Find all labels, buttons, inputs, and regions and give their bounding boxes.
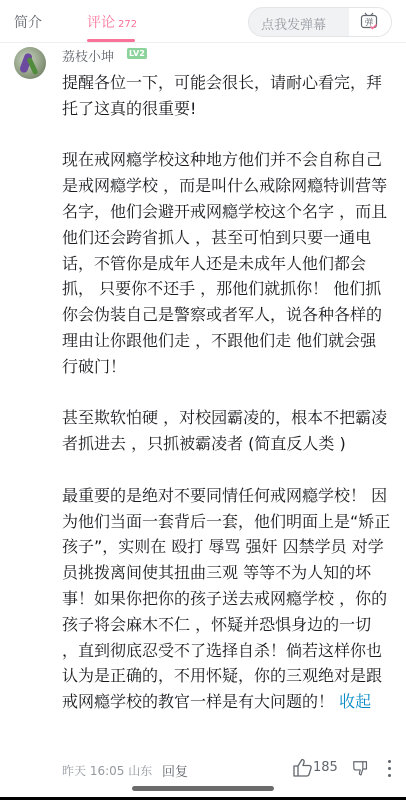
avatar[interactable] — [14, 47, 46, 79]
svg-text:弹: 弹 — [365, 17, 374, 28]
level-badge: LV2 — [127, 48, 147, 59]
comment-body: 提醒各位一下，可能会很长，请耐心看完，拜托了这真的很重要! 现在戒网瘾学校这种地… — [62, 70, 392, 715]
more-options-icon[interactable] — [386, 760, 392, 778]
active-tab-indicator — [87, 39, 135, 42]
home-indicator[interactable] — [132, 786, 274, 791]
like-count: 185 — [313, 760, 338, 775]
reply-button[interactable]: 回复 — [162, 761, 188, 780]
thumbs-up-icon[interactable] — [292, 757, 314, 779]
comment-location: 山东 — [128, 764, 152, 778]
tab-intro[interactable]: 简介 — [14, 12, 42, 32]
comment-paragraph: 最重要的是绝对不要同情任何戒网瘾学校！ 因为他们当面一套背后一套，他们明面上是“… — [62, 486, 390, 711]
thumbs-down-icon[interactable] — [351, 759, 371, 779]
comment-paragraph-last: 最重要的是绝对不要同情任何戒网瘾学校！ 因为他们当面一套背后一套，他们明面上是“… — [62, 483, 392, 715]
comment-paragraph: 提醒各位一下，可能会很长，请耐心看完，拜托了这真的很重要! — [62, 70, 392, 122]
comment-meta: 昨天 16:05 山东 — [62, 762, 152, 779]
tab-comments-label: 评论 — [87, 15, 115, 31]
comment-paragraph: 现在戒网瘾学校这种地方他们并不会自称自己是戒网瘾学校 ，而是叫什么戒除网瘾特训营… — [62, 147, 392, 379]
danmaku-placeholder: 点我发弹幕 — [261, 14, 326, 33]
top-tab-bar: 简介 评论272 点我发弹幕 弹 — [0, 0, 406, 43]
danmaku-toggle-icon: 弹 — [360, 12, 378, 30]
comment-time: 昨天 16:05 — [62, 764, 124, 778]
username[interactable]: 荔枝小坤 — [62, 46, 114, 65]
comment-count: 272 — [118, 19, 137, 30]
danmaku-toggle-button[interactable]: 弹 — [349, 8, 391, 36]
collapse-link[interactable]: 收起 — [339, 692, 371, 711]
tab-comments[interactable]: 评论272 — [87, 12, 137, 32]
comment-paragraph: 甚至欺软怕硬 ，对校园霸凌的，根本不把霸凌者抓进去 ，只抓被霸凌者 (简直反人类… — [62, 405, 392, 457]
danmaku-input[interactable]: 点我发弹幕 弹 — [248, 7, 392, 37]
